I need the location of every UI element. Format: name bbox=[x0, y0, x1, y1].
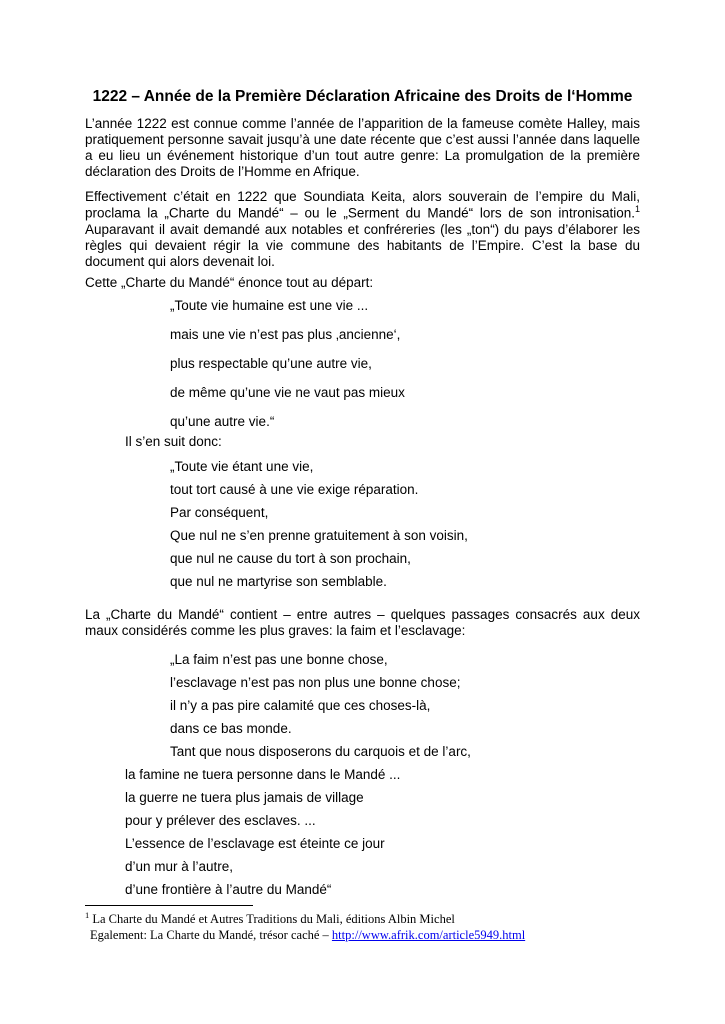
quote-block-vie-humaine: „Toute vie humaine est une vie ... mais … bbox=[170, 298, 640, 430]
quote-block-faim: „La faim n’est pas une bonne chose, l’es… bbox=[170, 652, 640, 760]
footnote-ref: 1 bbox=[85, 910, 89, 920]
paragraph-faim-esclavage: La „Charte du Mandé“ contient – entre au… bbox=[85, 607, 640, 639]
quote-line: „Toute vie étant une vie, bbox=[170, 459, 640, 475]
paragraph-suite: Il s’en suit donc: bbox=[125, 434, 640, 450]
quote-line: que nul ne cause du tort à son prochain, bbox=[170, 551, 640, 567]
quote-line: „Toute vie humaine est une vie ... bbox=[170, 298, 640, 314]
paragraph-history: Effectivement c’était en 1222 que Soundi… bbox=[85, 189, 640, 270]
footnote-link[interactable]: http://www.afrik.com/article5949.html bbox=[332, 928, 525, 942]
quote-line: d’une frontière à l’autre du Mandé“ bbox=[125, 882, 640, 898]
footnote-text: Egalement: La Charte du Mandé, trésor ca… bbox=[90, 928, 332, 942]
quote-line: plus respectable qu’une autre vie, bbox=[170, 356, 640, 372]
paragraph-intro: L’année 1222 est connue comme l’année de… bbox=[85, 116, 640, 180]
quote-line: Tant que nous disposerons du carquois et… bbox=[170, 744, 640, 760]
quote-line: tout tort causé à une vie exige réparati… bbox=[170, 482, 640, 498]
document-page: 1222 – Année de la Première Déclaration … bbox=[0, 0, 725, 1024]
footnote-text: La Charte du Mandé et Autres Traditions … bbox=[92, 912, 454, 926]
footnote-ref-marker: 1 bbox=[635, 204, 640, 214]
footnote-line: 1 La Charte du Mandé et Autres Tradition… bbox=[85, 911, 640, 927]
quote-line: mais une vie n’est pas plus ‚ancienne‘, bbox=[170, 327, 640, 343]
quote-line: pour y prélever des esclaves. ... bbox=[125, 813, 640, 829]
quote-line: d’un mur à l’autre, bbox=[125, 859, 640, 875]
footnote: 1 La Charte du Mandé et Autres Tradition… bbox=[85, 905, 640, 943]
quote-block-reparation: „Toute vie étant une vie, tout tort caus… bbox=[170, 459, 640, 590]
quote-line: que nul ne martyrise son semblable. bbox=[170, 574, 640, 590]
quote-line: il n’y a pas pire calamité que ces chose… bbox=[170, 698, 640, 714]
quote-line: Par conséquent, bbox=[170, 505, 640, 521]
paragraph-charte-lead: Cette „Charte du Mandé“ énonce tout au d… bbox=[85, 275, 640, 291]
quote-line: la guerre ne tuera plus jamais de villag… bbox=[125, 790, 640, 806]
quote-line: dans ce bas monde. bbox=[170, 721, 640, 737]
paragraph-history-continuation: Auparavant il avait demandé aux notables… bbox=[85, 222, 640, 269]
paragraph-history-text: Effectivement c’était en 1222 que Soundi… bbox=[85, 189, 640, 221]
quote-line: „La faim n’est pas une bonne chose, bbox=[170, 652, 640, 668]
footnote-line: Egalement: La Charte du Mandé, trésor ca… bbox=[85, 927, 640, 943]
quote-line: l’esclavage n’est pas non plus une bonne… bbox=[170, 675, 640, 691]
document-title: 1222 – Année de la Première Déclaration … bbox=[85, 88, 640, 106]
quote-line: qu’une autre vie.“ bbox=[170, 414, 640, 430]
quote-line: L’essence de l’esclavage est éteinte ce … bbox=[125, 836, 640, 852]
document-content: 1222 – Année de la Première Déclaration … bbox=[0, 0, 725, 943]
quote-line: de même qu’une vie ne vaut pas mieux bbox=[170, 385, 640, 401]
footnote-separator bbox=[85, 905, 253, 906]
quote-line: Que nul ne s’en prenne gratuitement à so… bbox=[170, 528, 640, 544]
quote-line: la famine ne tuera personne dans le Mand… bbox=[125, 767, 640, 783]
quote-block-mande: la famine ne tuera personne dans le Mand… bbox=[125, 767, 640, 898]
